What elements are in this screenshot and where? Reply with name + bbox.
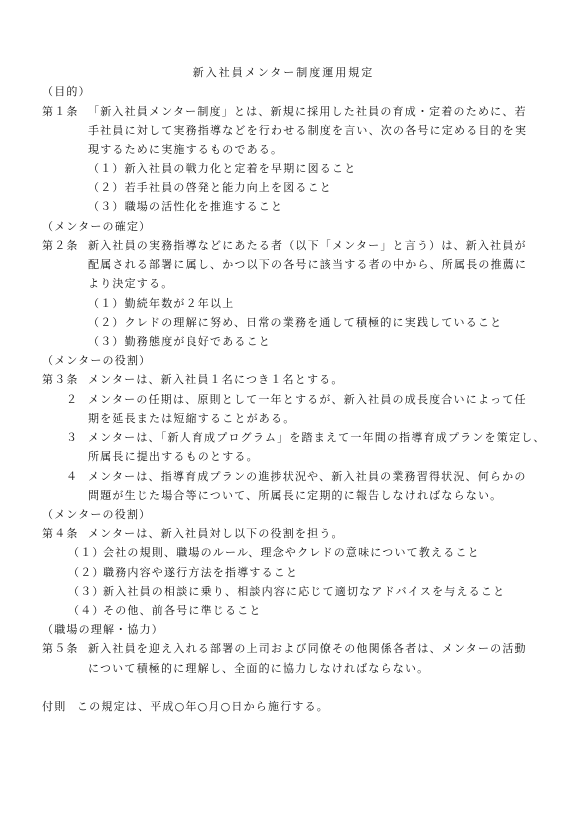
item-number: （３） <box>68 585 105 599</box>
article-3-paragraph-line: メンターの任期は、原則として一年とするが、新入社員の成長度合いによって任 <box>88 393 527 407</box>
item-number: （２） <box>68 566 105 580</box>
article-4-item: 会社の規則、職場のルール、理念やクレドの意味について教えること <box>103 546 480 560</box>
article-1-item: （１）新入社員の戦力化と定着を早期に図ること <box>88 162 356 176</box>
supplementary-text: この規定は、平成○年○月○日から施行する。 <box>77 700 329 714</box>
section-heading-mentor-role: （メンターの役割） <box>42 354 151 368</box>
article-3-paragraph-line: 問題が生じた場合等について、所属長に定期的に報告しなければならない。 <box>88 489 502 503</box>
article-1-item: （２）若手社員の啓発と能力向上を図ること <box>88 181 332 195</box>
article-number-3: 第３条 <box>42 373 79 387</box>
article-4-item: その他、前各号に準じること <box>103 604 262 618</box>
article-5-line: について積極的に理解し、全面的に協力しなければならない。 <box>88 662 429 676</box>
article-1-line: 現するために実施するものである。 <box>88 143 283 157</box>
section-heading-workplace-cooperation: （職場の理解・協力） <box>42 623 164 637</box>
paragraph-number: ２ <box>66 393 78 407</box>
article-1-line: 手社員に対して実務指導などを行わせる制度を言い、次の各号に定める目的を実 <box>88 124 527 138</box>
section-heading-mentor-selection: （メンターの確定） <box>42 220 151 234</box>
article-number-2: 第２条 <box>42 239 79 253</box>
paragraph-number: ３ <box>66 431 78 445</box>
article-number-1: 第１条 <box>42 105 79 119</box>
article-3-paragraph-line: 所属長に提出するものとする。 <box>88 450 259 464</box>
article-1-item: （３）職場の活性化を推進すること <box>88 200 283 214</box>
article-1-line: 「新入社員メンター制度」とは、新規に採用した社員の育成・定着のために、若 <box>88 105 527 119</box>
article-3-paragraph-line: メンターは、「新人育成プログラム」を踏まえて一年間の指導育成プランを策定し、 <box>88 431 546 445</box>
article-number-4: 第４条 <box>42 527 79 541</box>
article-3-paragraph-line: 期を延長または短縮することがある。 <box>88 412 295 426</box>
article-3-paragraph-line: メンターは、指導育成プランの進捗状況や、新入社員の業務習得状況、何らかの <box>88 470 527 484</box>
document-page: 新入社員メンター制度運用規定 （目的） 第１条 「新入社員メンター制度」とは、新… <box>0 0 567 828</box>
item-number: （４） <box>68 604 105 618</box>
article-4-item: 新入社員の相談に乗り、相談内容に応じて適切なアドバイスを与えること <box>103 585 505 599</box>
section-heading-purpose: （目的） <box>42 85 91 99</box>
article-2-line: 配属される部署に属し、かつ以下の各号に該当する者の中から、所属長の推薦に <box>88 258 527 272</box>
paragraph-number: ４ <box>66 470 78 484</box>
article-5-line: 新入社員を迎え入れる部署の上司および同僚その他関係各者は、メンターの活動 <box>88 642 527 656</box>
document-title: 新入社員メンター制度運用規定 <box>0 66 567 80</box>
article-4-item: 職務内容や遂行方法を指導すること <box>103 566 298 580</box>
article-4-line: メンターは、新入社員対し以下の役割を担う。 <box>88 527 344 541</box>
article-2-item: （３）勤務態度が良好であること <box>88 335 271 349</box>
article-number-5: 第５条 <box>42 642 79 656</box>
article-2-item: （２）クレドの理解に努め、日常の業務を通して積極的に実践していること <box>88 316 502 330</box>
article-2-line: 新入社員の実務指導などにあたる者（以下「メンター」と言う）は、新入社員が <box>88 239 527 253</box>
article-2-item: （１）勤続年数が２年以上 <box>88 297 234 311</box>
supplementary-label: 付則 <box>42 700 66 714</box>
item-number: （１） <box>68 546 105 560</box>
section-heading-mentor-role-2: （メンターの役割） <box>42 508 151 522</box>
article-3-line: メンターは、新入社員１名につき１名とする。 <box>88 373 344 387</box>
article-2-line: より決定する。 <box>88 277 173 291</box>
